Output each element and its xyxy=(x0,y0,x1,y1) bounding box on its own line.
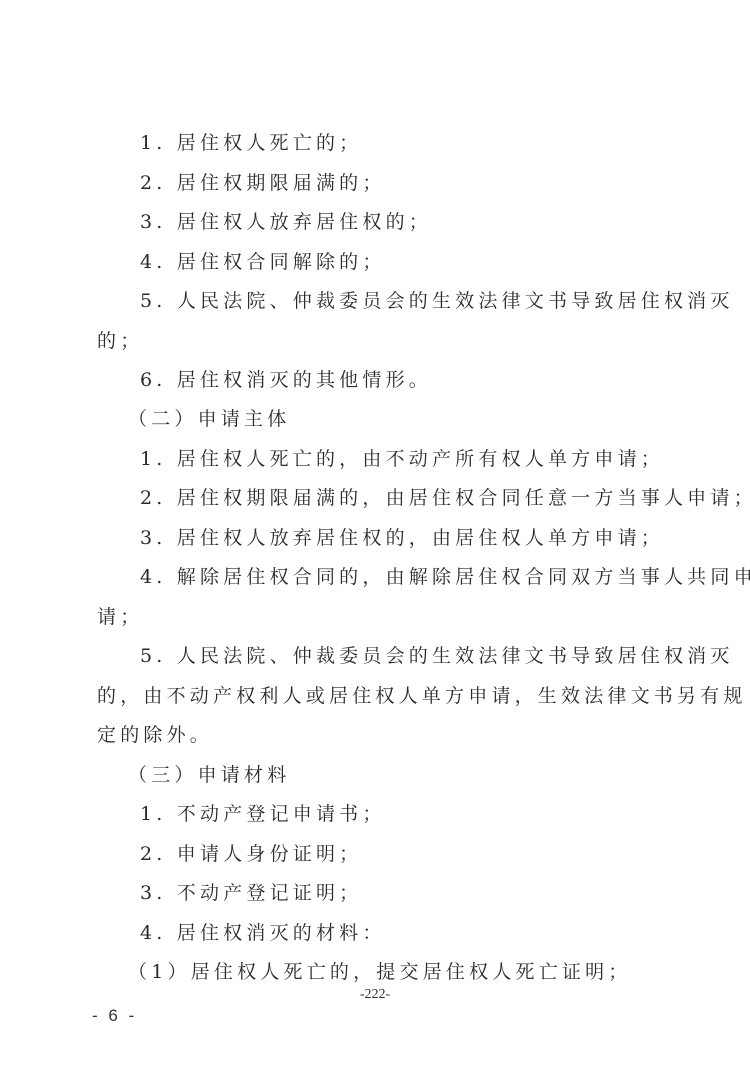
applicant-item-5-cont-1: 的，由不动产权利人或居住权人单方申请，生效法律文书另有规 xyxy=(97,684,677,708)
list-item-1: 1. 居住权人死亡的； xyxy=(140,131,680,155)
list-item-2: 2. 居住权期限届满的； xyxy=(140,171,680,195)
page-number-center: -222- xyxy=(0,987,750,1003)
document-page: 1. 居住权人死亡的； 2. 居住权期限届满的； 3. 居住权人放弃居住权的； … xyxy=(0,0,750,1070)
list-item-6: 6. 居住权消灭的其他情形。 xyxy=(140,368,680,392)
materials-item-4: 4. 居住权消灭的材料： xyxy=(140,921,680,945)
materials-item-3: 3. 不动产登记证明； xyxy=(140,881,680,905)
list-item-3: 3. 居住权人放弃居住权的； xyxy=(140,210,680,234)
applicant-item-3: 3. 居住权人放弃居住权的，由居住权人单方申请； xyxy=(140,526,680,550)
applicant-item-4-cont: 请； xyxy=(97,605,677,629)
materials-item-1: 1. 不动产登记申请书； xyxy=(140,802,680,826)
section-heading-materials: （三）申请材料 xyxy=(128,763,708,787)
list-item-5-cont: 的； xyxy=(97,329,677,353)
page-number-left: - 6 - xyxy=(92,1006,137,1026)
applicant-item-4: 4. 解除居住权合同的，由解除居住权合同双方当事人共同申 xyxy=(140,565,680,589)
list-item-5: 5. 人民法院、仲裁委员会的生效法律文书导致居住权消灭 xyxy=(140,289,680,313)
applicant-item-2: 2. 居住权期限届满的，由居住权合同任意一方当事人申请； xyxy=(140,486,680,510)
materials-item-2: 2. 申请人身份证明； xyxy=(140,842,680,866)
materials-subitem-1: （1）居住权人死亡的，提交居住权人死亡证明； xyxy=(128,960,708,984)
list-item-4: 4. 居住权合同解除的； xyxy=(140,250,680,274)
applicant-item-5-cont-2: 定的除外。 xyxy=(97,723,677,747)
applicant-item-1: 1. 居住权人死亡的，由不动产所有权人单方申请； xyxy=(140,447,680,471)
applicant-item-5: 5. 人民法院、仲裁委员会的生效法律文书导致居住权消灭 xyxy=(140,644,680,668)
section-heading-applicant: （二）申请主体 xyxy=(128,407,708,431)
